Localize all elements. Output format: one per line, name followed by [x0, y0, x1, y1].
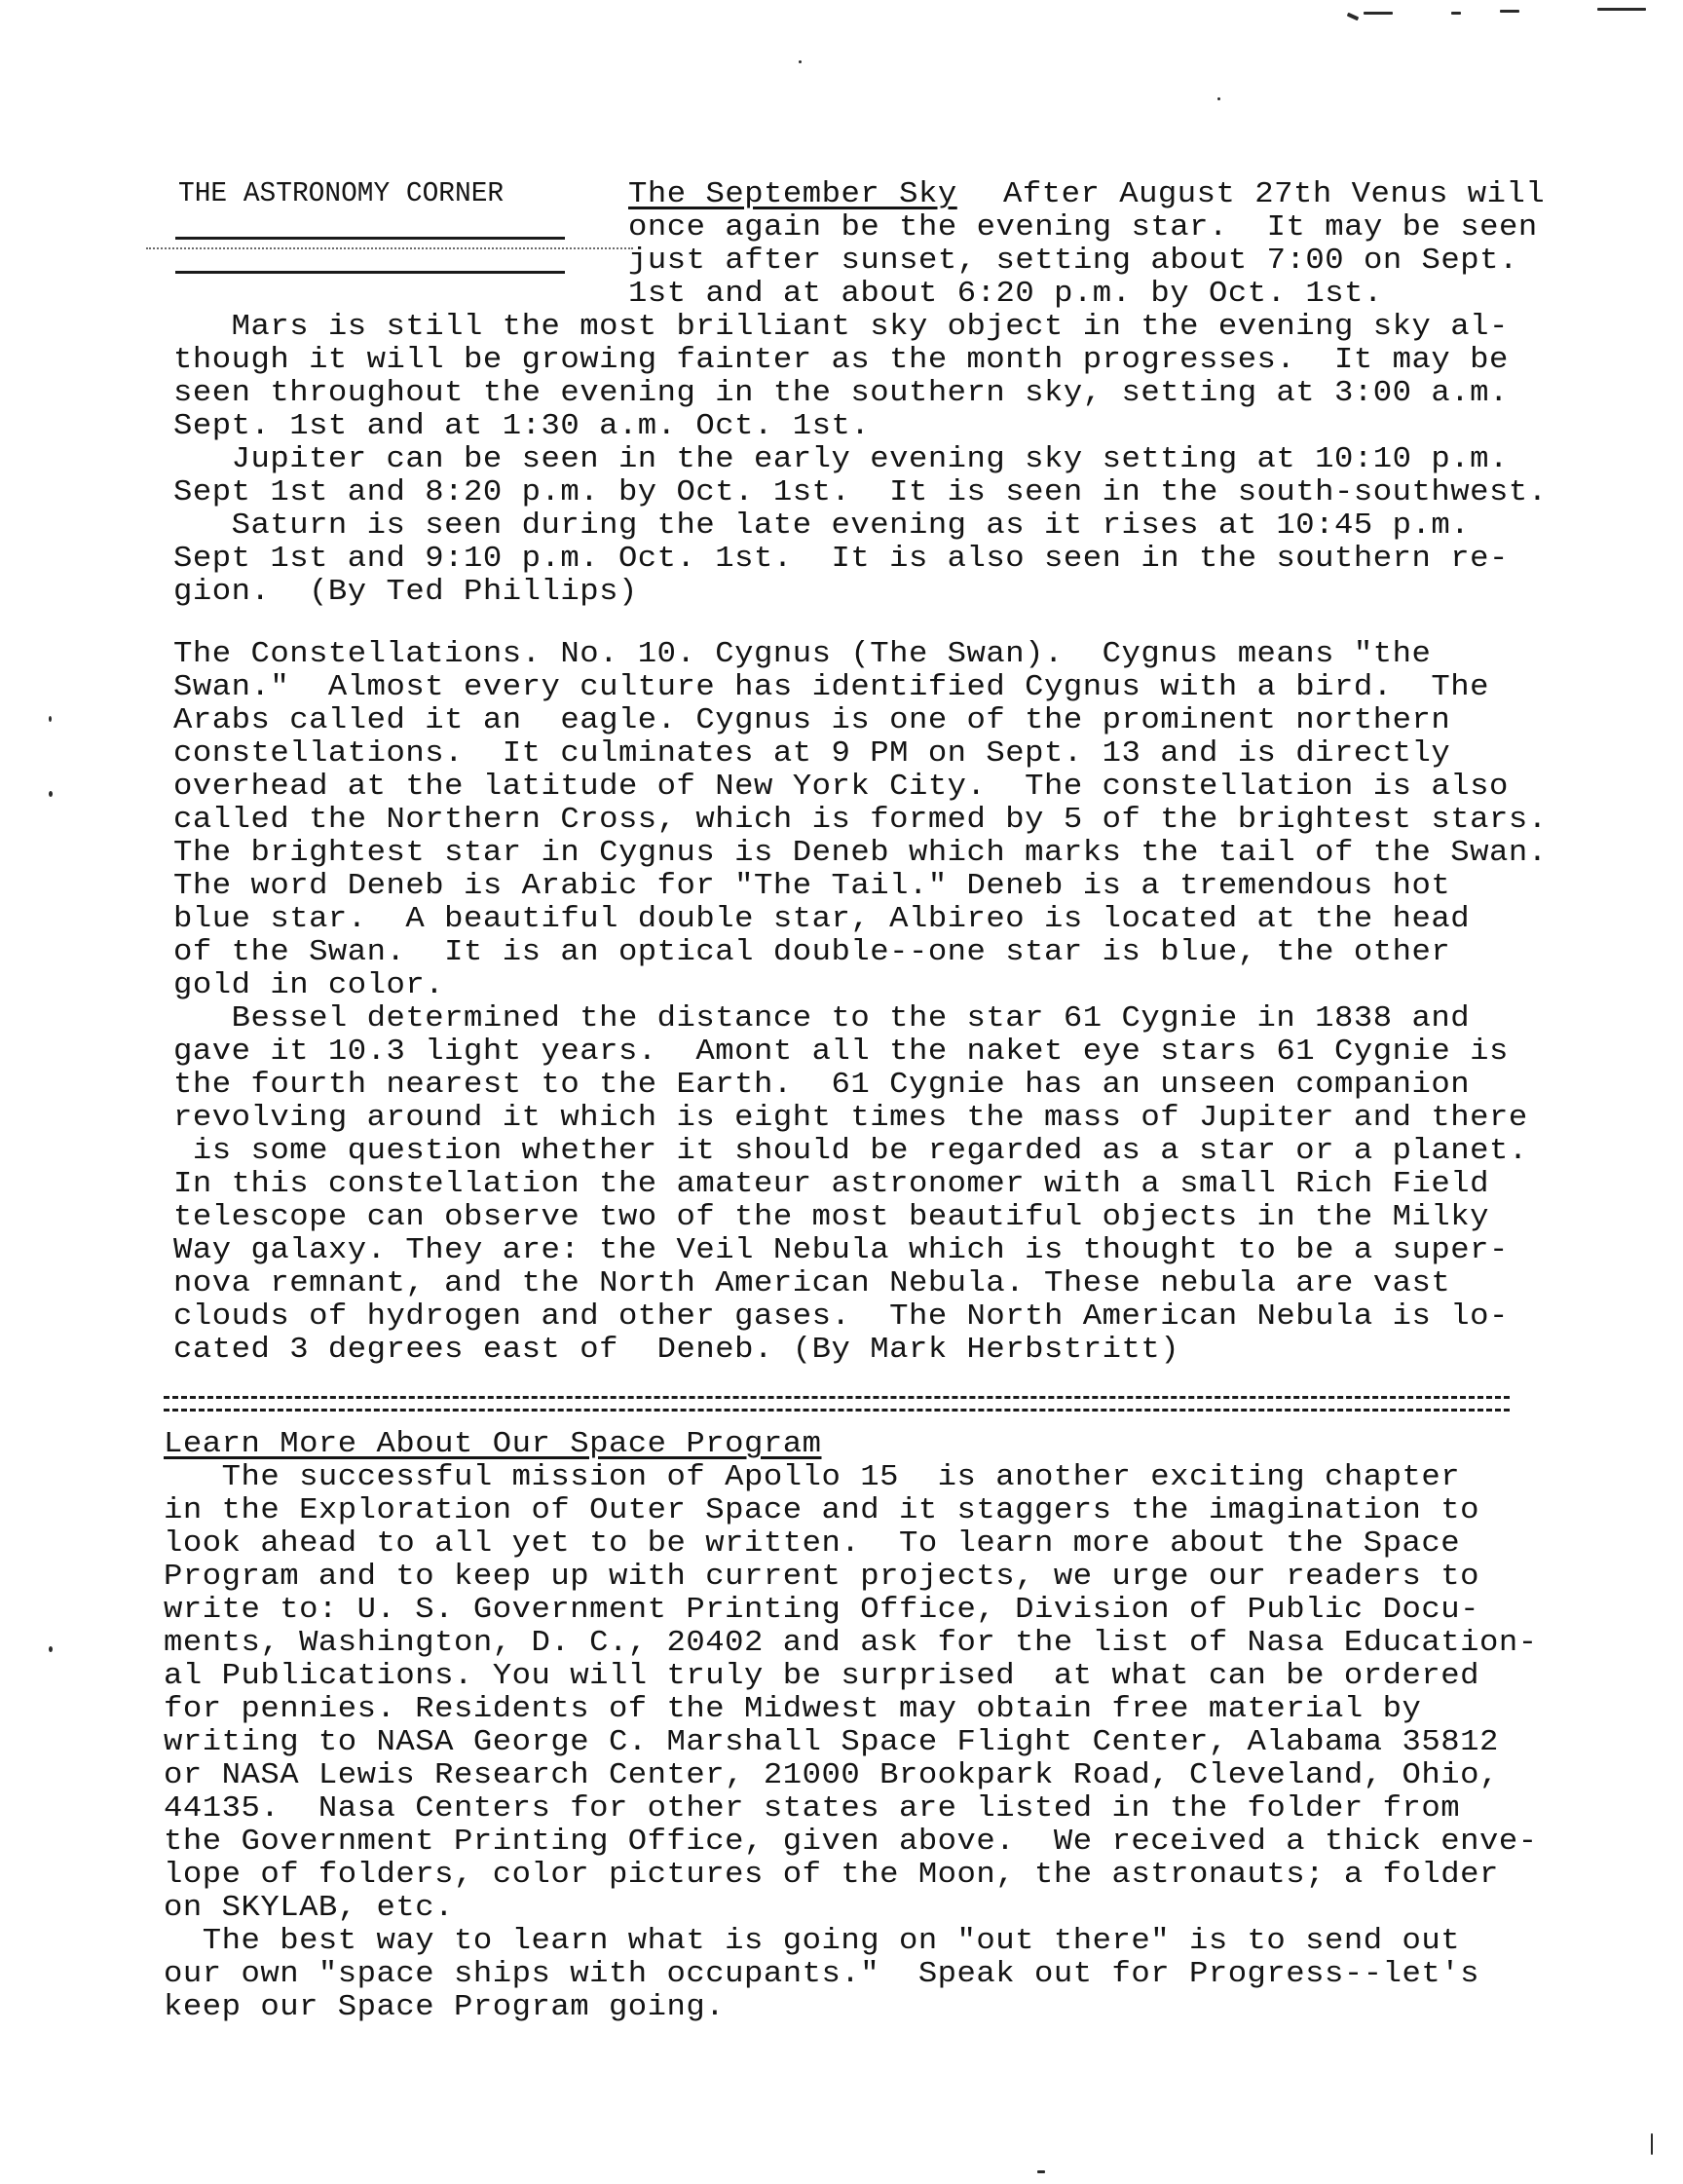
space-program-line: our own "space ships with occupants." Sp…	[164, 1958, 1479, 1991]
title-rule-bottom	[175, 271, 565, 274]
constellations-line: called the Northern Cross, which is form…	[173, 804, 1548, 837]
space-program-line: ments, Washington, D. C., 20402 and ask …	[164, 1627, 1538, 1660]
constellations-line: Way galaxy. They are: the Veil Nebula wh…	[173, 1234, 1509, 1267]
space-program-line: Program and to keep up with current proj…	[164, 1561, 1479, 1594]
constellations-line: gold in color.	[173, 969, 444, 1002]
september-sky-heading: The September Sky	[628, 178, 957, 211]
constellations-line: of the Swan. It is an optical double--on…	[173, 936, 1450, 969]
constellations-line: telescope can observe two of the most be…	[173, 1201, 1489, 1234]
title-rule-top	[175, 237, 565, 240]
constellations-line: nova remnant, and the North American Neb…	[173, 1267, 1450, 1300]
scan-speck	[1500, 10, 1519, 13]
space-program-line: writing to NASA George C. Marshall Space…	[164, 1726, 1499, 1759]
planets-line: Saturn is seen during the late evening a…	[173, 509, 1470, 543]
constellations-line: gave it 10.3 light years. Amont all the …	[173, 1036, 1509, 1069]
planets-line: Jupiter can be seen in the early evening…	[173, 443, 1509, 476]
constellations-line: the fourth nearest to the Earth. 61 Cygn…	[173, 1069, 1470, 1102]
constellations-line: Bessel determined the distance to the st…	[173, 1002, 1470, 1036]
scanned-newsletter-page: THE ASTRONOMY CORNER The September Sky A…	[0, 0, 1683, 2184]
space-program-line: keep our Space Program going.	[164, 1991, 725, 2024]
constellations-line: is some question whether it should be re…	[173, 1135, 1528, 1168]
planets-line: Sept 1st and 9:10 p.m. Oct. 1st. It is a…	[173, 543, 1509, 576]
scan-speck	[49, 716, 52, 722]
planets-line: Mars is still the most brilliant sky obj…	[173, 311, 1509, 344]
planets-line: Sept 1st and 8:20 p.m. by Oct. 1st. It i…	[173, 476, 1548, 509]
space-program-heading: Learn More About Our Space Program	[164, 1428, 821, 1461]
september-sky-line: just after sunset, setting about 7:00 on…	[628, 245, 1518, 278]
constellations-line: The brightest star in Cygnus is Deneb wh…	[173, 837, 1548, 870]
scan-speck	[49, 791, 53, 797]
scan-speck	[1364, 12, 1393, 15]
space-program-line: or NASA Lewis Research Center, 21000 Bro…	[164, 1759, 1499, 1792]
scan-speck	[1651, 2133, 1653, 2155]
constellations-line: constellations. It culminates at 9 PM on…	[173, 737, 1450, 771]
constellations-line: Swan." Almost every culture has identifi…	[173, 671, 1489, 704]
scan-speck	[1037, 2170, 1045, 2173]
constellations-line: blue star. A beautiful double star, Albi…	[173, 903, 1470, 936]
space-program-line: lope of folders, color pictures of the M…	[164, 1859, 1499, 1892]
september-sky-line: once again be the evening star. It may b…	[628, 211, 1538, 245]
column-title: THE ASTRONOMY CORNER	[178, 178, 504, 209]
constellations-line: clouds of hydrogen and other gases. The …	[173, 1300, 1509, 1334]
constellations-line: overhead at the latitude of New York Cit…	[173, 771, 1509, 804]
scan-speck	[1451, 12, 1461, 15]
space-program-line: write to: U. S. Government Printing Offi…	[164, 1594, 1479, 1627]
space-program-line: the Government Printing Office, given ab…	[164, 1826, 1538, 1859]
scan-speck	[799, 60, 802, 63]
constellations-byline: cated 3 degrees east of Deneb. (By Mark …	[173, 1334, 1179, 1367]
constellations-line: Arabs called it an eagle. Cygnus is one …	[173, 704, 1450, 737]
space-program-line: for pennies. Residents of the Midwest ma…	[164, 1693, 1421, 1726]
september-sky-line: 1st and at about 6:20 p.m. by Oct. 1st.	[628, 278, 1383, 311]
planets-byline: gion. (By Ted Phillips)	[173, 576, 638, 609]
constellations-line: The word Deneb is Arabic for "The Tail."…	[173, 870, 1450, 903]
scan-speck	[1347, 13, 1360, 21]
constellations-line: revolving around it which is eight times…	[173, 1102, 1528, 1135]
space-program-line: The successful mission of Apollo 15 is a…	[164, 1461, 1460, 1494]
space-program-line: look ahead to all yet to be written. To …	[164, 1527, 1460, 1561]
scan-speck	[1217, 97, 1220, 100]
scan-speck	[1597, 8, 1646, 11]
title-rule-faint	[146, 247, 633, 250]
section-divider	[164, 1396, 1510, 1412]
constellations-line: In this constellation the amateur astron…	[173, 1168, 1489, 1201]
space-program-line: in the Exploration of Outer Space and it…	[164, 1494, 1479, 1527]
september-sky-line: After August 27th Venus will	[1003, 178, 1545, 211]
planets-line: seen throughout the evening in the south…	[173, 377, 1509, 410]
planets-line: Sept. 1st and at 1:30 a.m. Oct. 1st.	[173, 410, 870, 443]
space-program-line: 44135. Nasa Centers for other states are…	[164, 1792, 1460, 1826]
constellations-line: The Constellations. No. 10. Cygnus (The …	[173, 638, 1431, 671]
planets-line: though it will be growing fainter as the…	[173, 344, 1509, 377]
scan-speck	[49, 1646, 53, 1652]
space-program-line: al Publications. You will truly be surpr…	[164, 1660, 1479, 1693]
space-program-line: The best way to learn what is going on "…	[164, 1925, 1460, 1958]
space-program-line: on SKYLAB, etc.	[164, 1892, 454, 1925]
